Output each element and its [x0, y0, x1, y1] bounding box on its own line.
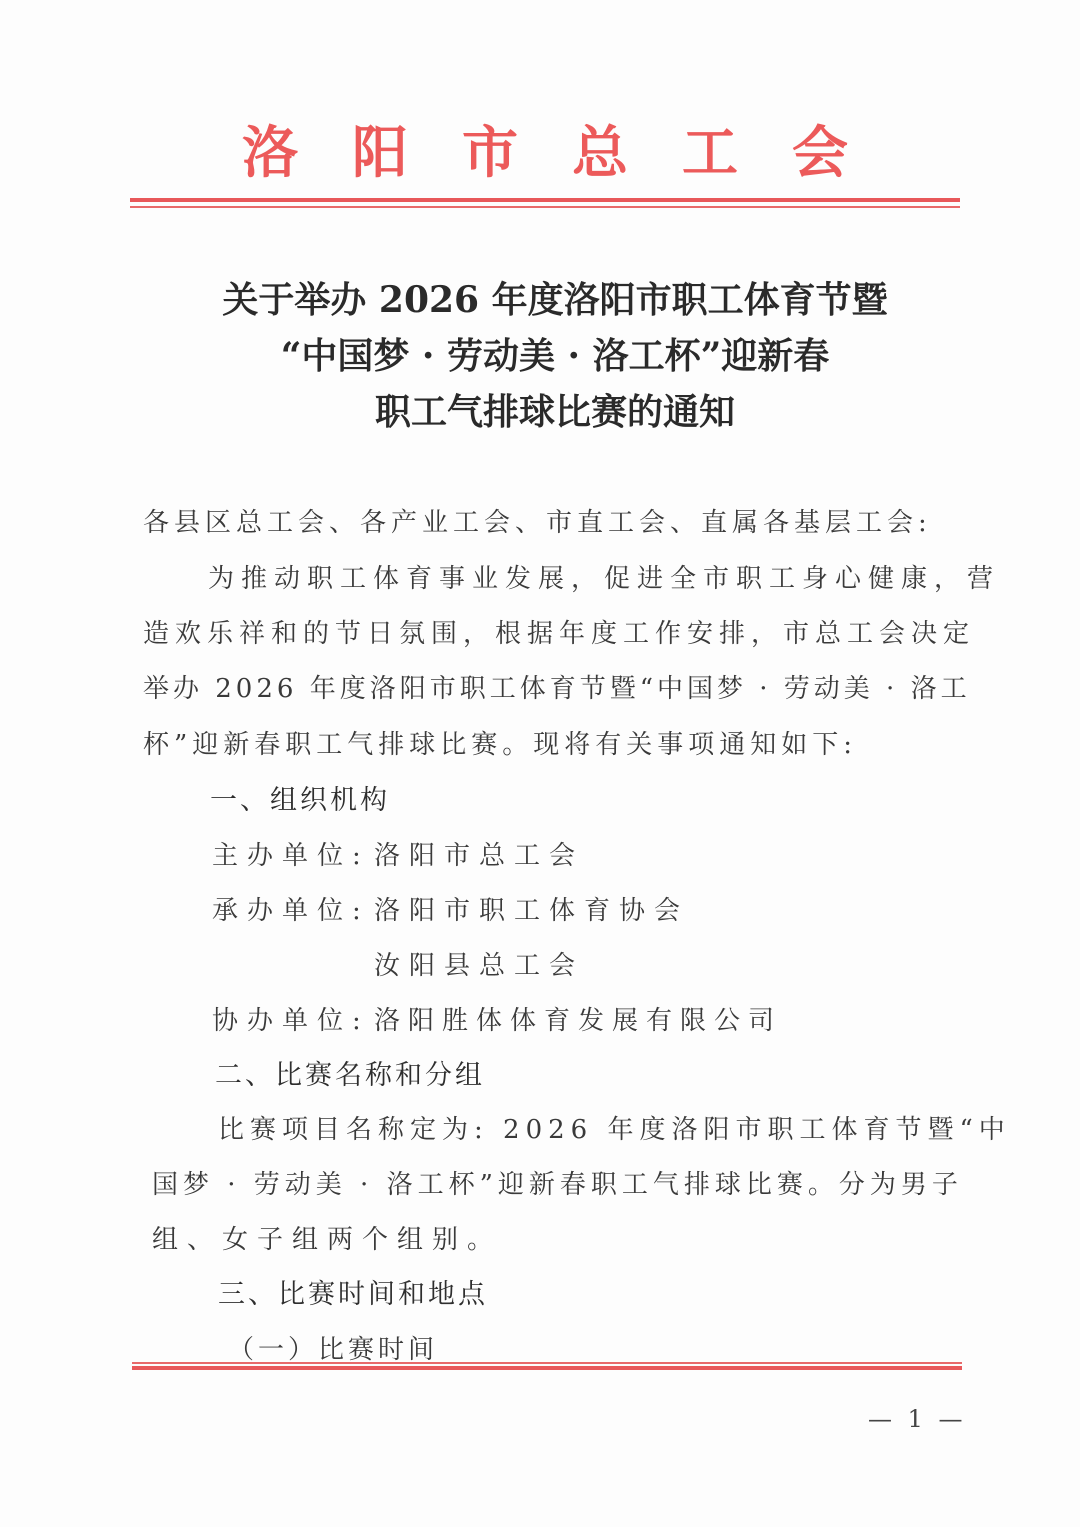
header-char: 会 [792, 118, 848, 188]
title-line-3: 职工气排球比赛的通知 [130, 384, 980, 440]
title-line-2: “中国梦 · 劳动美 · 洛工杯”迎新春 [130, 328, 980, 384]
footer-divider-thin [132, 1362, 962, 1364]
footer-divider-thick [132, 1366, 962, 1370]
intro-line-1: 为推动职工体育事业发展，促进全市职工身心健康，营 [208, 562, 1000, 596]
organizer-label: 主办单位: [212, 839, 370, 873]
section-1-heading: 一、组织机构 [210, 784, 390, 818]
section-2-line-1: 比赛项目名称定为: 2026 年度洛阳市职工体育节暨“中 [218, 1113, 1011, 1147]
header-char: 洛 [242, 118, 298, 188]
co-organizer-label: 协办单位: [212, 1004, 370, 1038]
intro-line-4: 杯”迎新春职工气排球比赛。现将有关事项通知如下: [143, 728, 857, 762]
page-number: — 1 — [868, 1405, 967, 1433]
organizer-value: 洛阳市总工会 [374, 839, 584, 873]
header-divider-thick [130, 198, 960, 202]
host-label: 承办单位: [212, 894, 370, 928]
header-char: 总 [572, 118, 628, 188]
host-value-2: 汝阳县总工会 [374, 949, 584, 983]
document-page: 洛阳市总工会 关于举办 2026 年度洛阳市职工体育节暨 “中国梦 · 劳动美 … [0, 0, 1080, 1527]
header-char: 市 [462, 118, 518, 188]
section-2-line-2: 国梦 · 劳动美 · 洛工杯”迎新春职工气排球比赛。分为男子 [152, 1168, 963, 1202]
salutation: 各县区总工会、各产业工会、市直工会、直属各基层工会: [143, 506, 932, 540]
header-divider-thin [130, 206, 960, 208]
header-char: 工 [682, 118, 738, 188]
section-3-heading: 三、比赛时间和地点 [218, 1278, 488, 1312]
header-char: 阳 [352, 118, 408, 188]
organization-header: 洛阳市总工会 [130, 118, 960, 188]
document-title: 关于举办 2026 年度洛阳市职工体育节暨 “中国梦 · 劳动美 · 洛工杯”迎… [130, 272, 980, 440]
title-line-1: 关于举办 2026 年度洛阳市职工体育节暨 [130, 272, 980, 328]
co-organizer-value: 洛阳胜体体育发展有限公司 [374, 1004, 782, 1038]
intro-line-2: 造欢乐祥和的节日氛围，根据年度工作安排，市总工会决定 [143, 617, 975, 651]
section-2-heading: 二、比赛名称和分组 [215, 1059, 485, 1093]
section-2-line-3: 组、女子组两个组别。 [152, 1223, 502, 1257]
host-value-1: 洛阳市职工体育协会 [374, 894, 689, 928]
intro-line-3: 举办 2026 年度洛阳市职工体育节暨“中国梦 · 劳动美 · 洛工 [143, 672, 971, 706]
